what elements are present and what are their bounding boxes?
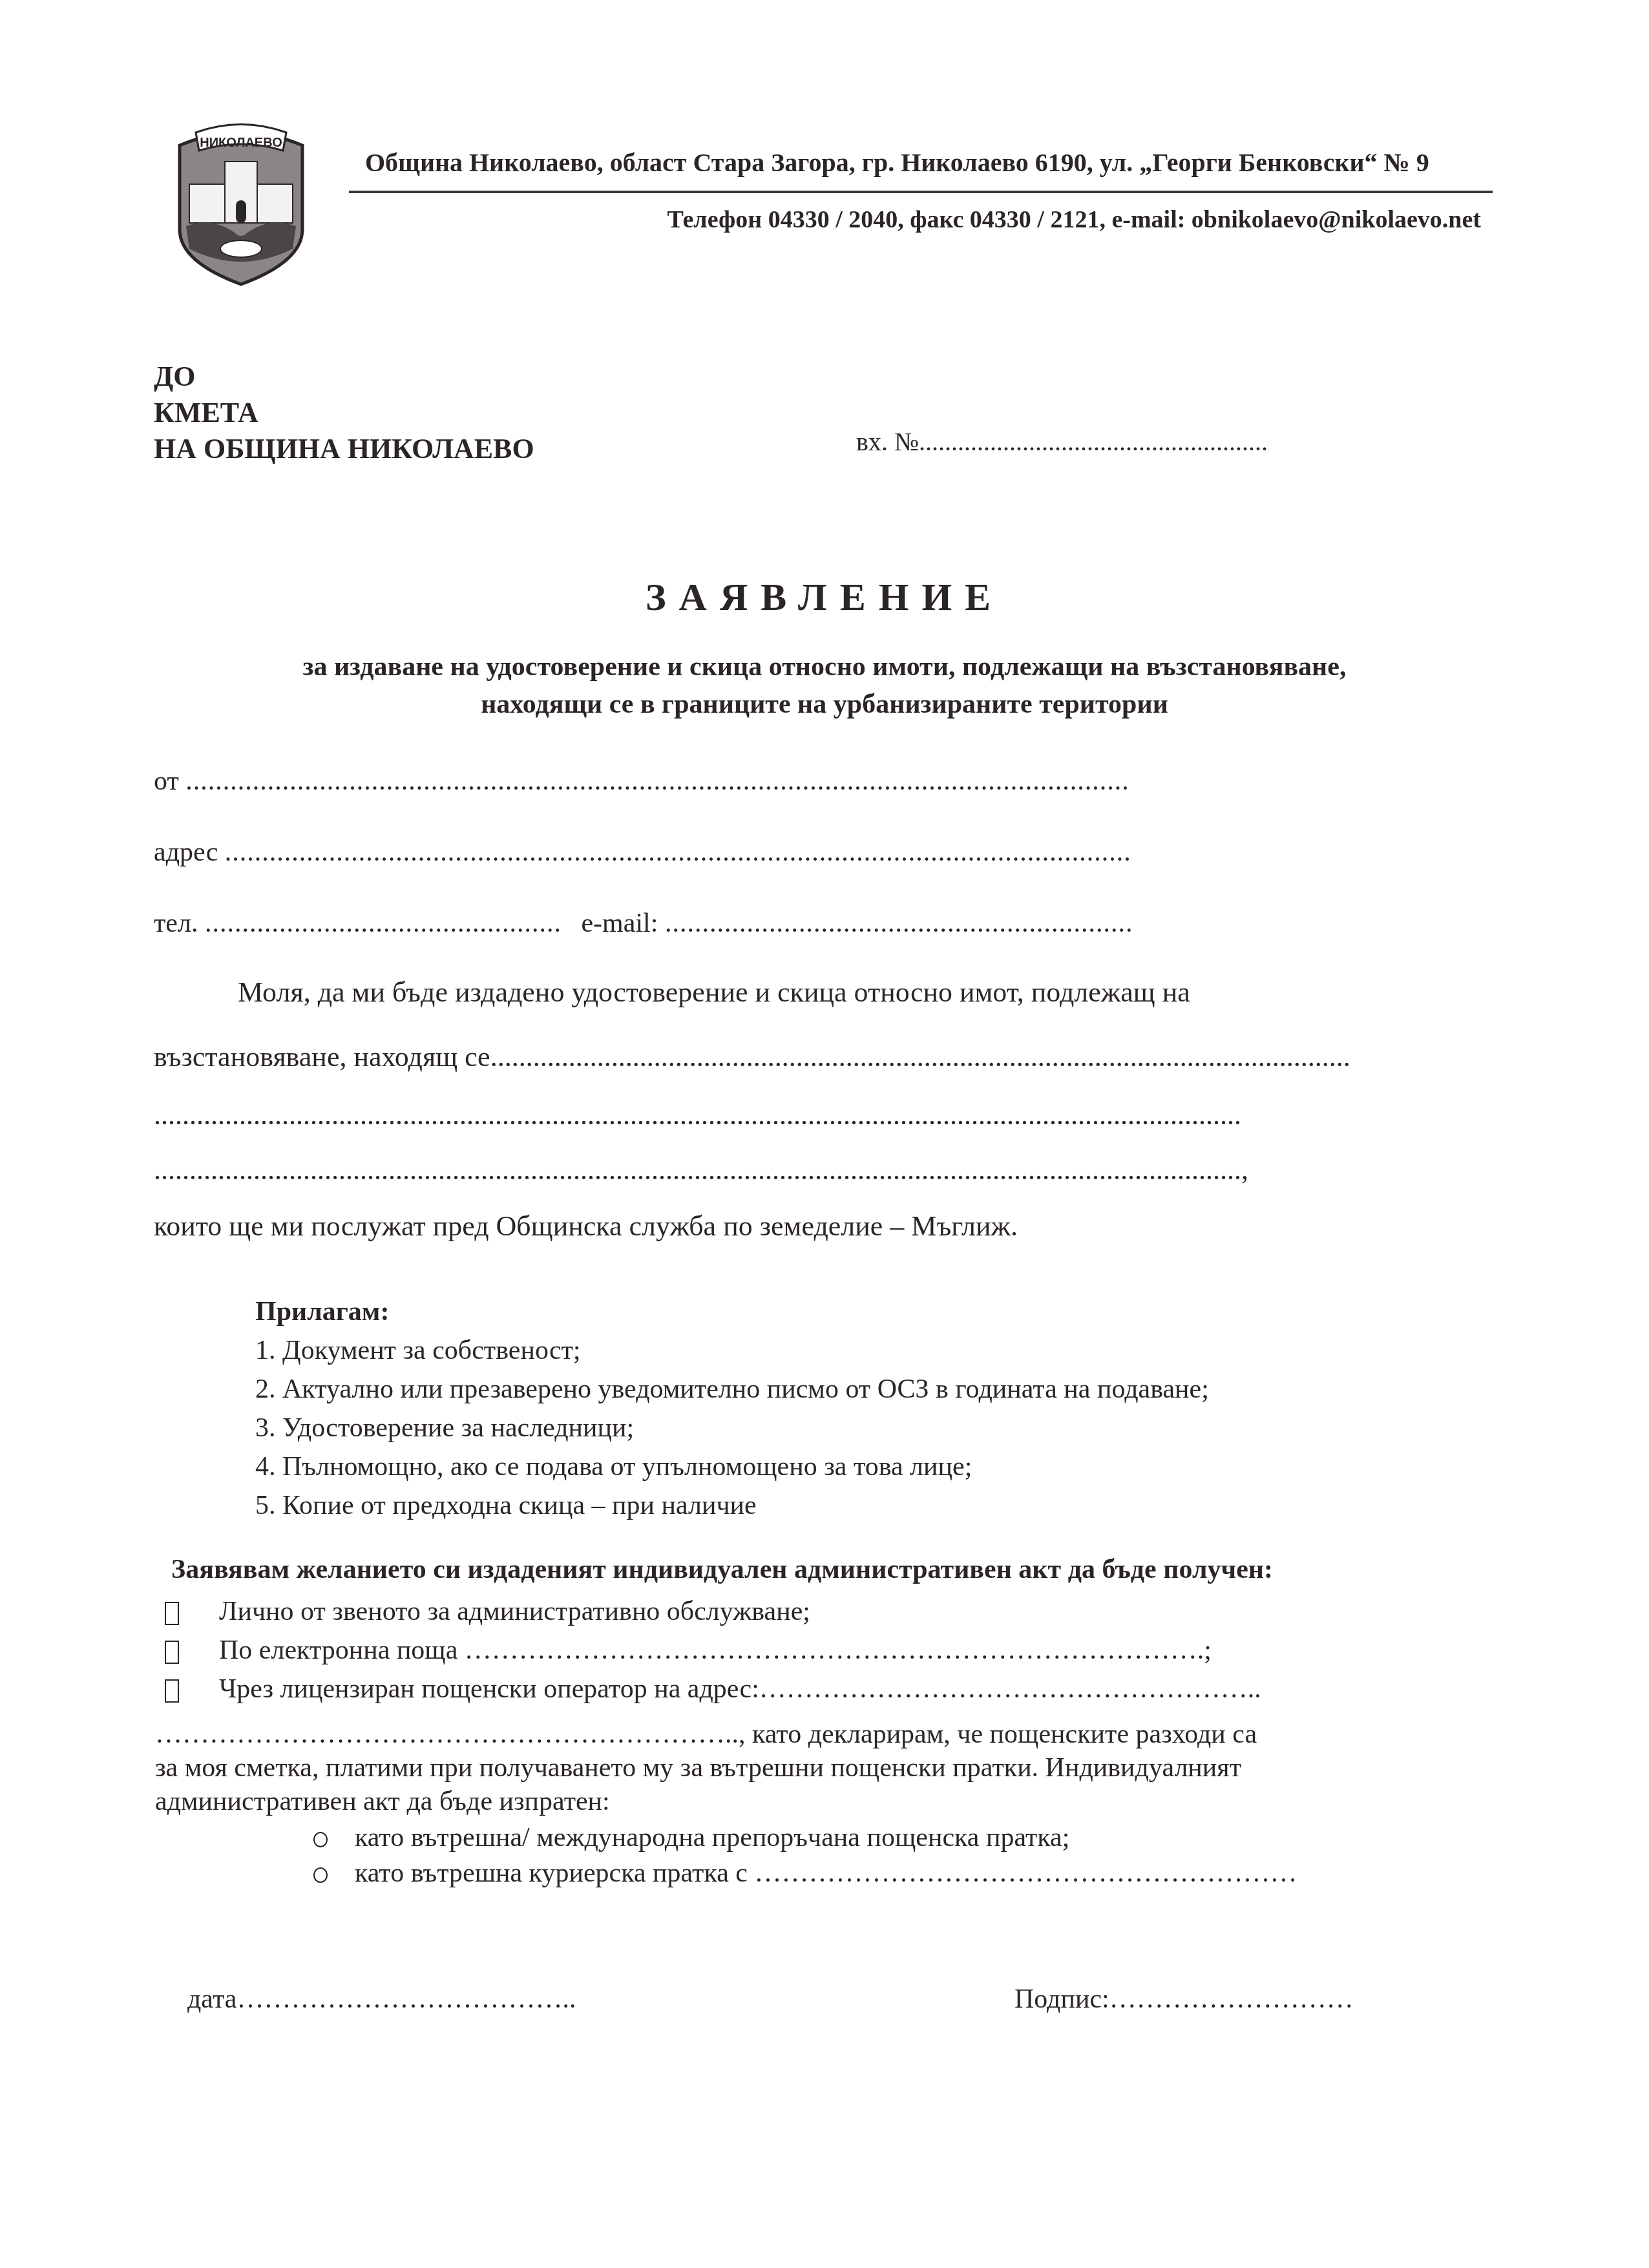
attachments-title: Прилагам:	[255, 1292, 1209, 1331]
address-label: адрес	[154, 837, 218, 867]
header-address-line: Община Николаево, област Стара Загора, г…	[365, 147, 1429, 178]
sub-option-registered-mail[interactable]: като вътрешна/ международна препоръчана …	[313, 1822, 1069, 1853]
checkbox-icon[interactable]	[165, 1602, 179, 1625]
from-input-dots[interactable]: ........................................…	[185, 766, 1129, 796]
request-line-1: Моля, да ми бъде издадено удостоверение …	[154, 976, 1478, 1009]
signature-field[interactable]: Подпис:………………………	[1014, 1984, 1354, 2015]
delivery-option-in-person[interactable]: Лично от звеното за административно обсл…	[165, 1596, 810, 1627]
attachment-item: 3. Удостоверение за наследници;	[255, 1409, 1209, 1447]
document-subtitle: за издаване на удостоверение и скица отн…	[0, 648, 1649, 723]
subtitle-line-1: за издаване на удостоверение и скица отн…	[0, 648, 1649, 686]
sub-option-label: като вътрешна куриерска пратка с ……………………	[355, 1858, 1297, 1888]
delivery-title: Заявявам желанието си издаденият индивид…	[171, 1554, 1273, 1585]
addressee-line-2: КМЕТА	[154, 395, 534, 431]
attachment-item: 2. Актуално или презаверено уведомително…	[255, 1370, 1209, 1409]
incoming-number-field[interactable]: вх. №...................................…	[856, 426, 1268, 457]
document-title: ЗАЯВЛЕНИЕ	[0, 575, 1649, 620]
attachment-item: 5. Копие от предходна скица – при наличи…	[255, 1486, 1209, 1525]
checkbox-icon[interactable]	[165, 1679, 179, 1703]
phone-label: тел.	[154, 908, 198, 938]
email-input-dots[interactable]: ........................................…	[665, 908, 1133, 938]
phone-input-dots[interactable]: ........................................…	[205, 908, 562, 938]
municipality-crest-logo: НИКОЛАЕВО	[173, 120, 309, 288]
request-line-3[interactable]: ........................................…	[154, 1098, 1478, 1131]
phone-email-row: тел. ...................................…	[154, 908, 1133, 939]
date-field[interactable]: дата………………………………..	[187, 1984, 576, 2015]
checkbox-icon[interactable]	[165, 1641, 179, 1664]
sub-option-label: като вътрешна/ международна препоръчана …	[355, 1823, 1069, 1853]
addressee-line-1: ДО	[154, 359, 534, 395]
delivery-option-postal[interactable]: Чрез лицензиран пощенски оператор на адр…	[165, 1674, 1261, 1705]
attachment-item: 4. Пълномощно, ако се подава от упълномо…	[255, 1447, 1209, 1486]
postal-continuation-2: за моя сметка, платими при получаването …	[155, 1752, 1241, 1783]
address-field[interactable]: адрес ..................................…	[154, 837, 1131, 868]
attachment-item: 1. Документ за собственост;	[255, 1331, 1209, 1370]
addressee-line-3: НА ОБЩИНА НИКОЛАЕВО	[154, 431, 534, 467]
option-label: Лично от звеното за административно обсл…	[219, 1597, 810, 1626]
header-divider	[349, 191, 1493, 193]
request-line-5: които ще ми послужат пред Общинска служб…	[154, 1210, 1478, 1243]
radio-icon[interactable]	[313, 1832, 328, 1847]
addressee-block: ДО КМЕТА НА ОБЩИНА НИКОЛАЕВО	[154, 359, 534, 467]
radio-icon[interactable]	[313, 1867, 328, 1883]
header-contact-line: Телефон 04330 / 2040, факс 04330 / 2121,…	[667, 205, 1481, 234]
email-label: e-mail:	[581, 908, 658, 938]
request-line-4[interactable]: ........................................…	[154, 1153, 1478, 1186]
address-input-dots[interactable]: ........................................…	[225, 837, 1131, 867]
sub-option-courier[interactable]: като вътрешна куриерска пратка с ……………………	[313, 1858, 1297, 1889]
postal-continuation-3: административен акт да бъде изпратен:	[155, 1786, 610, 1817]
subtitle-line-2: находящи се в границите на урбанизиранит…	[0, 686, 1649, 723]
svg-text:НИКОЛАЕВО: НИКОЛАЕВО	[200, 136, 282, 150]
request-line-2[interactable]: възстановяване, находящ се..............…	[154, 1040, 1478, 1073]
postal-continuation-1[interactable]: ……………………………………………………….., като декларирам…	[155, 1719, 1257, 1750]
option-label: По електронна поща …………………………………………………………	[219, 1635, 1212, 1665]
delivery-option-email[interactable]: По електронна поща …………………………………………………………	[165, 1635, 1212, 1666]
from-field[interactable]: от .....................................…	[154, 766, 1129, 797]
from-label: от	[154, 766, 179, 796]
option-label: Чрез лицензиран пощенски оператор на адр…	[219, 1674, 1261, 1704]
attachments-list: Прилагам: 1. Документ за собственост; 2.…	[255, 1292, 1209, 1525]
